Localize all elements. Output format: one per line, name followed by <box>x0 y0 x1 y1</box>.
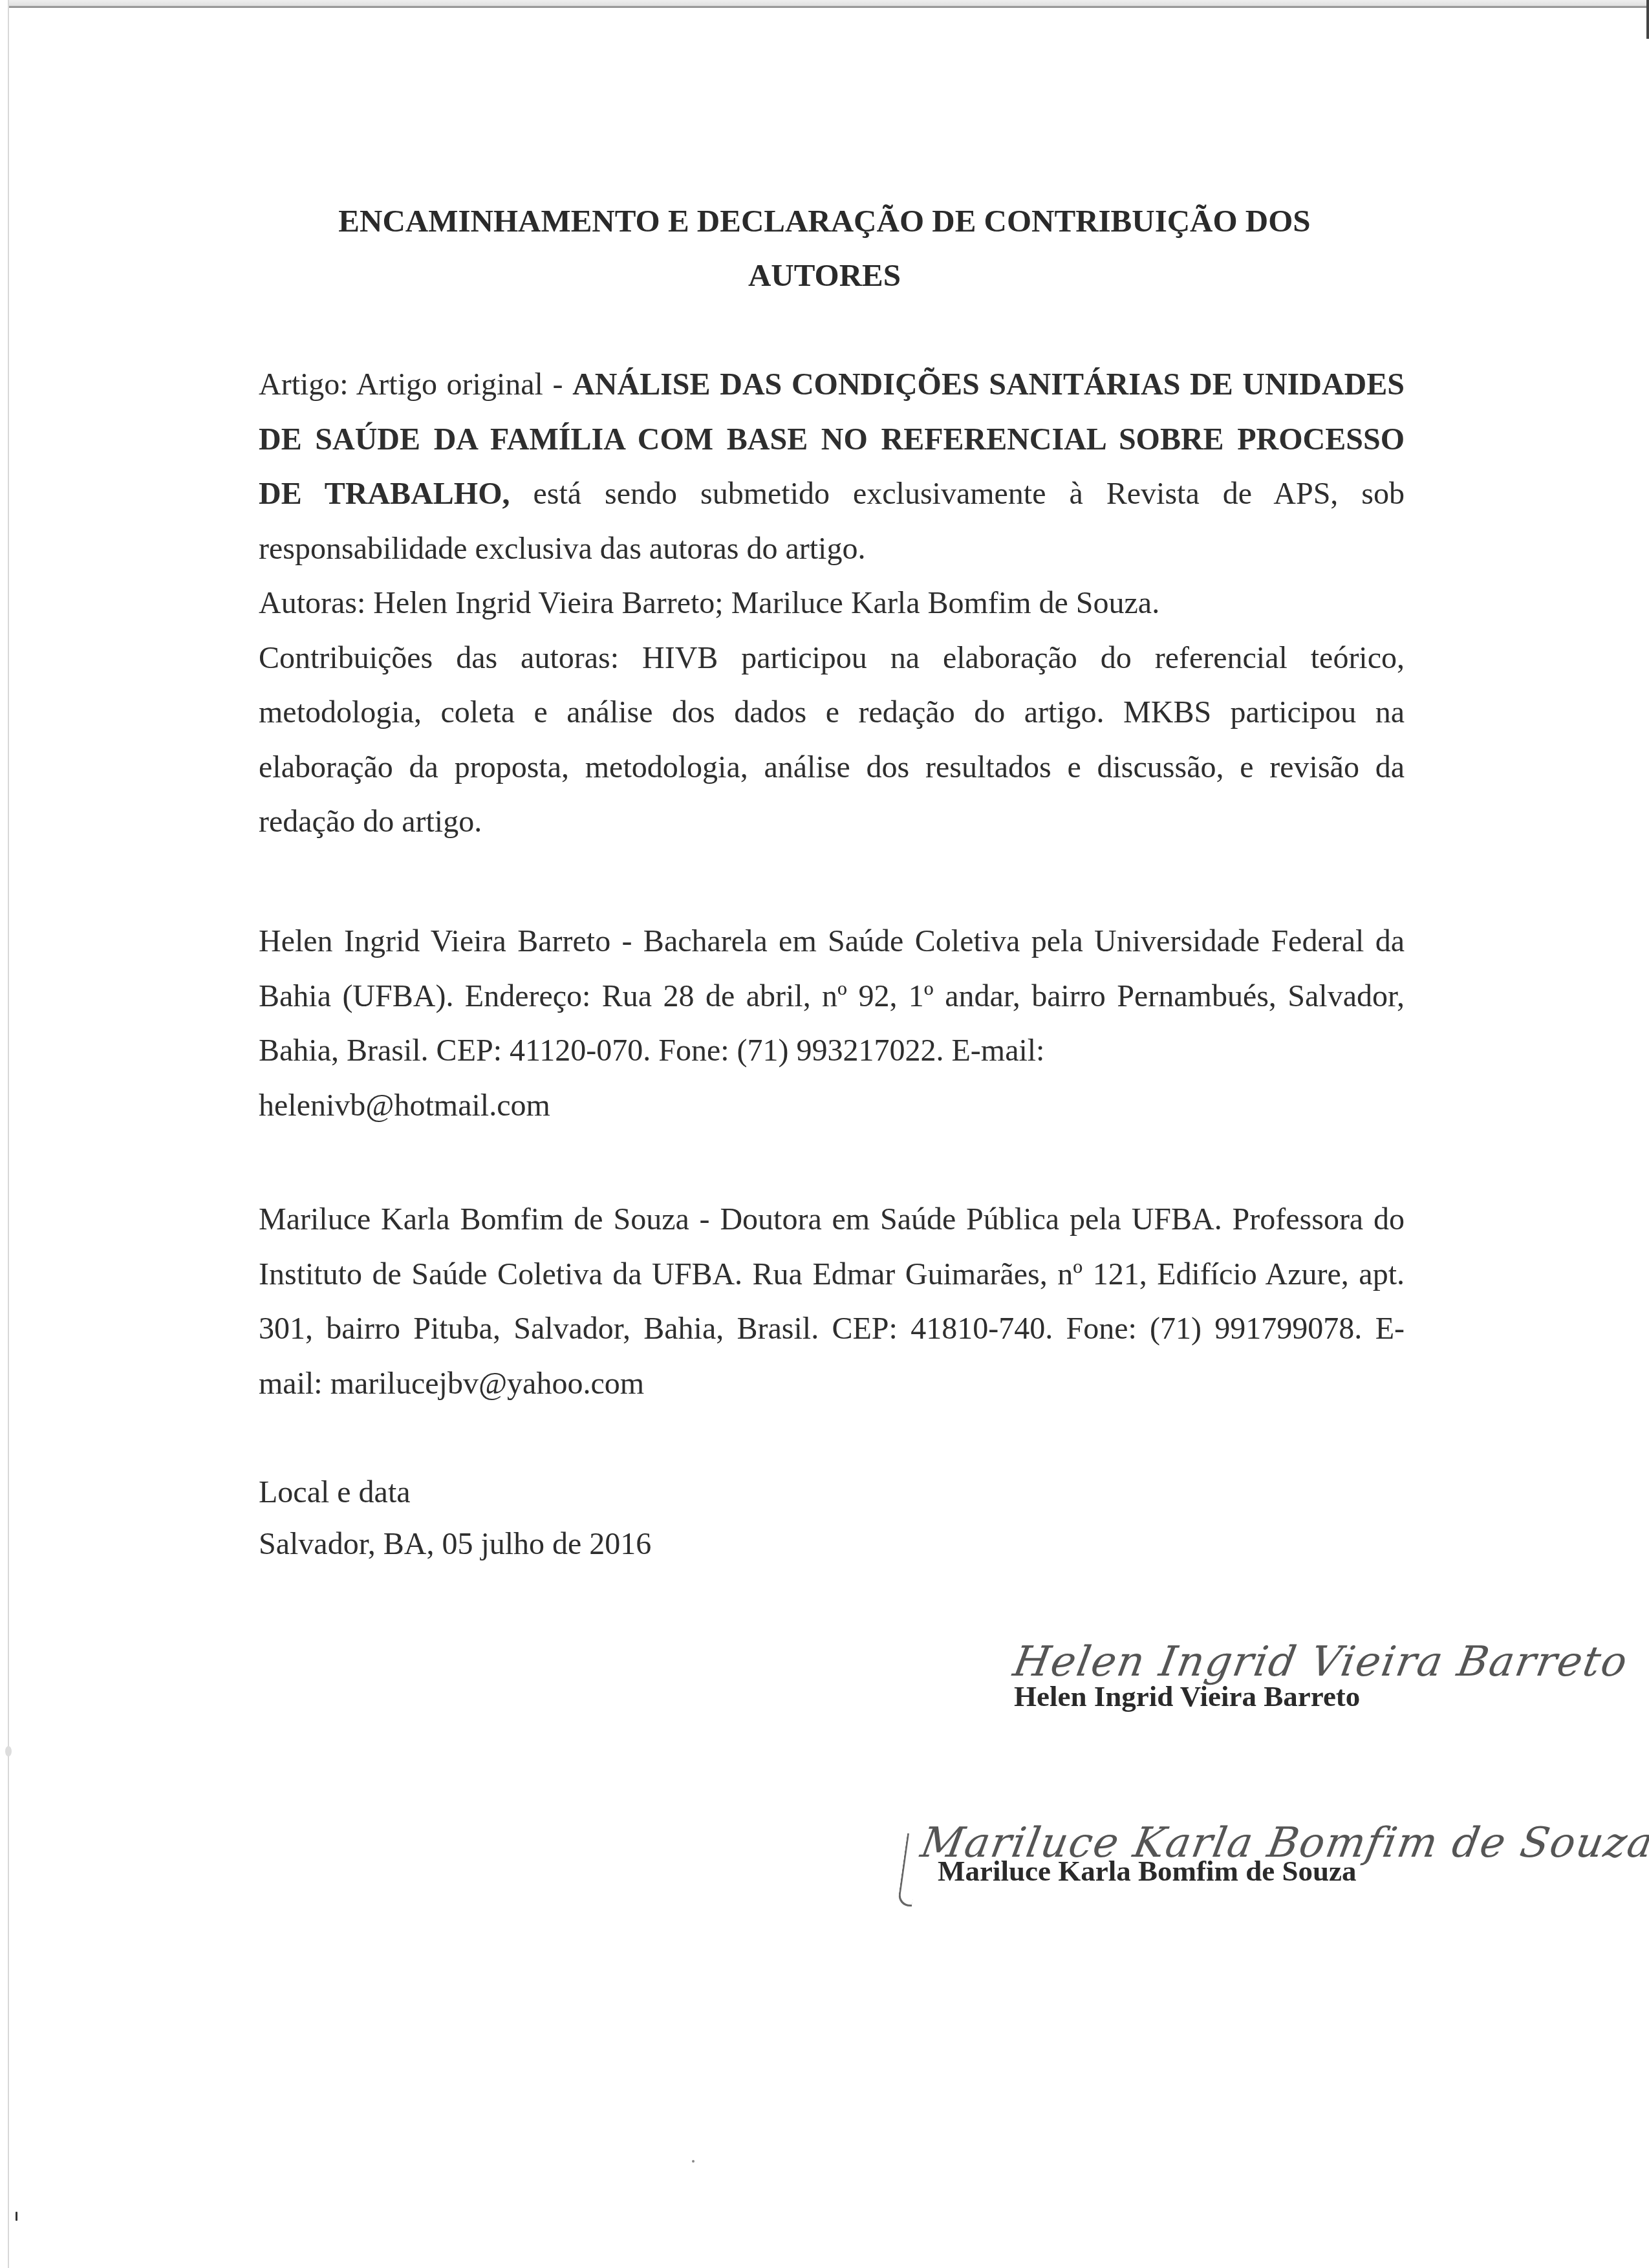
document-page: ENCAMINHAMENTO E DECLARAÇÃO DE CONTRIBUI… <box>0 0 1649 2268</box>
signature-block-mariluce: Mariluce Karla Bomfim de Souza Mariluce … <box>902 1820 1649 1888</box>
authors-line: Autoras: Helen Ingrid Vieira Barreto; Ma… <box>259 576 1405 631</box>
author-email-link[interactable]: marilucejbv@yahoo.com <box>330 1366 644 1401</box>
title-line-1: ENCAMINHAMENTO E DECLARAÇÃO DE CONTRIBUI… <box>0 194 1649 248</box>
handwritten-signature: Mariluce Karla Bomfim de Souza <box>918 1820 1649 1866</box>
author-bio-paragraph: Helen Ingrid Vieira Barreto - Bacharela … <box>259 914 1405 1133</box>
author-bio-text: Mariluce Karla Bomfim de Souza - Doutora… <box>259 1202 1405 1346</box>
contributions-paragraph: Contribuições das autoras: HIVB particip… <box>259 631 1405 850</box>
author-bio-helen: Helen Ingrid Vieira Barreto - Bacharela … <box>259 914 1405 1133</box>
article-section: Artigo: Artigo original - ANÁLISE DAS CO… <box>259 358 1405 850</box>
scan-top-edge <box>8 0 1649 8</box>
handwritten-signature: Helen Ingrid Vieira Barreto <box>1010 1639 1632 1685</box>
place-date-section: Local e data Salvador, BA, 05 julho de 2… <box>259 1467 651 1570</box>
scan-speck <box>5 1746 12 1756</box>
title-line-2: AUTORES <box>0 248 1649 303</box>
signature-flourish <box>897 1833 922 1906</box>
author-email-link[interactable]: helenivb@hotmail.com <box>259 1088 550 1123</box>
place-date-value: Salvador, BA, 05 julho de 2016 <box>259 1518 651 1570</box>
scan-left-edge <box>8 0 9 2268</box>
document-title: ENCAMINHAMENTO E DECLARAÇÃO DE CONTRIBUI… <box>0 194 1649 303</box>
author-bio-text: Helen Ingrid Vieira Barreto - Bacharela … <box>259 924 1405 1068</box>
article-paragraph: Artigo: Artigo original - ANÁLISE DAS CO… <box>259 358 1405 576</box>
scan-right-edge <box>1646 0 1649 39</box>
place-date-label: Local e data <box>259 1467 651 1518</box>
signature-block-helen: Helen Ingrid Vieira Barreto Helen Ingrid… <box>1014 1639 1628 1713</box>
scan-speck <box>16 2212 17 2221</box>
scan-speck <box>692 2160 695 2163</box>
author-bio-paragraph: Mariluce Karla Bomfim de Souza - Doutora… <box>259 1193 1405 1411</box>
author-bio-mariluce: Mariluce Karla Bomfim de Souza - Doutora… <box>259 1193 1405 1411</box>
article-label: Artigo: Artigo original - <box>259 367 572 402</box>
